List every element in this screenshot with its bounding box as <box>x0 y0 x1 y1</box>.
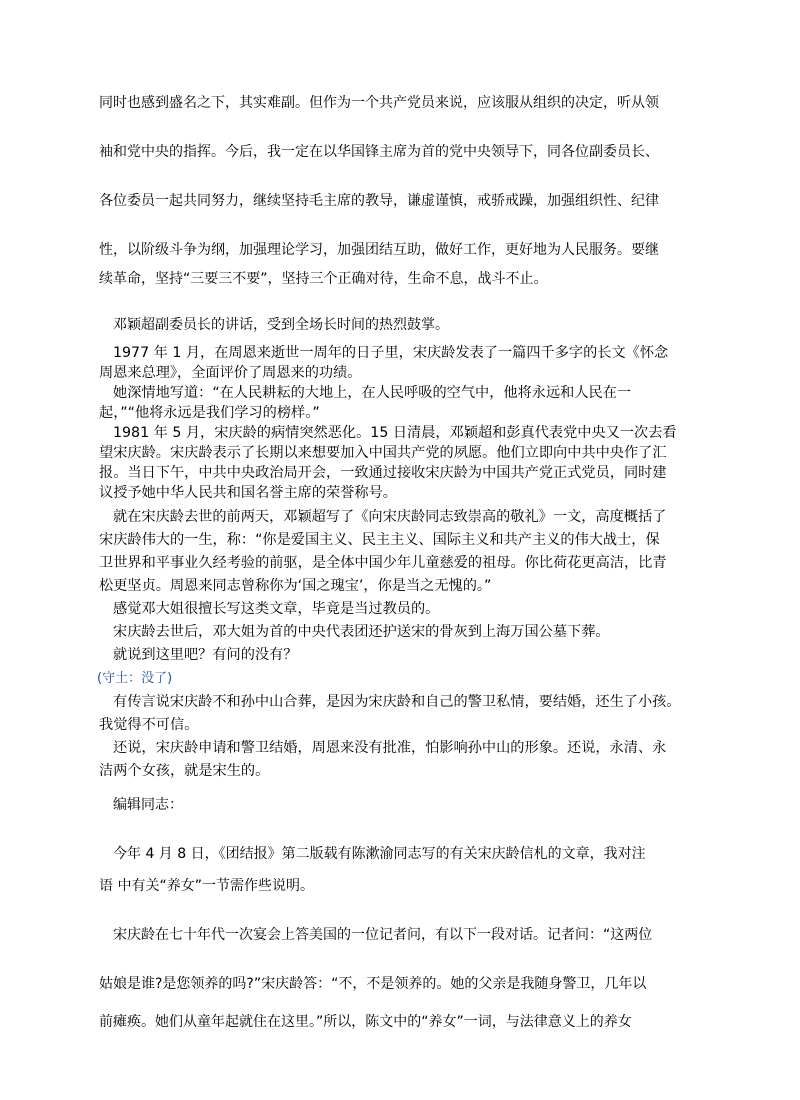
paragraph-line: 洁两个女孩，就是宋生的。 <box>99 762 269 780</box>
letter-line: 语 中有关“养女”一节需作些说明。 <box>99 877 314 895</box>
paragraph-line: 还说，宋庆龄申请和警卫结婚，周恩来没有批准，怕影响孙中山的形象。还说，永清、永 <box>113 739 666 757</box>
letter-line: 宋庆龄在七十年代一次宴会上答美国的一位记者问，有以下一段对话。记者问：“这两位 <box>113 926 652 944</box>
paragraph-line: 就说到这里吧？有问的没有？ <box>113 646 297 664</box>
applause-line: 邓颖超副委员长的讲话，受到全场长时间的热烈鼓掌。 <box>113 316 449 334</box>
speech-line-2: 袖和党中央的指挥。今后，我一定在以华国锋主席为首的党中央领导下，同各位副委员长、 <box>99 143 659 161</box>
paragraph-line: 宋庆龄伟大的一生，称：“你是爱国主义、民主主义、国际主义和共产主义的伟大战士，保 <box>99 531 660 549</box>
annotation-note: (守土：没了) <box>97 670 172 688</box>
letter-line: 前瘫痪。她们从童年起就住在这里。”所以，陈文中的“养女”一词，与法律意义上的养女 <box>99 1013 632 1031</box>
paragraph-line: 我觉得不可信。 <box>99 716 198 734</box>
speech-line-1: 同时也感到盛名之下，其实难副。但作为一个共产党员来说，应该服从组织的决定，听从领 <box>99 94 659 112</box>
paragraph-line: 她深情地写道：“在人民耕耘的大地上，在人民呼吸的空气中，他将永远和人民在一 <box>113 384 631 402</box>
paragraph-line: 有传言说宋庆龄不和孙中山合葬，是因为宋庆龄和自己的警卫私情，要结婚，还生了小孩。 <box>113 693 681 711</box>
paragraph-line: 就在宋庆龄去世的前两天，邓颖超写了《向宋庆龄同志致崇高的敬礼》一文，高度概括了 <box>113 508 666 526</box>
paragraph-line: 1977 年 1 月，在周恩来逝世一周年的日子里，宋庆龄发表了一篇四千多字的长文… <box>113 344 668 362</box>
letter-salutation: 编辑同志： <box>113 796 183 814</box>
speech-line-4: 性，以阶级斗争为纲，加强理论学习，加强团结互助，做好工作，更好地为人民服务。要继 <box>99 241 659 259</box>
speech-line-5: 续革命，坚持“三要三不要”，坚持三个正确对待，生命不息，战斗不止。 <box>99 270 548 288</box>
letter-line: 今年 4 月 8 日，《团结报》第二版载有陈漱渝同志写的有关宋庆龄信札的文章，我… <box>113 845 646 863</box>
paragraph-line: 报。当日下午，中共中央政治局开会，一致通过接收宋庆龄为中国共产党正式党员，同时建 <box>99 464 667 482</box>
paragraph-line: 卫世界和平事业久经考验的前驱，是全体中国少年儿童慈爱的祖母。你比荷花更高洁，比青 <box>99 554 667 572</box>
paragraph-line: 1981 年 5 月，宋庆龄的病情突然恶化。15 日清晨，邓颖超和彭真代表党中央… <box>113 424 677 442</box>
paragraph-line: 起，”“他将永远是我们学习的榜样。” <box>99 404 320 422</box>
paragraph-line: 周恩来总理》，全面评价了周恩来的功绩。 <box>99 364 361 382</box>
paragraph-line: 望宋庆龄。宋庆龄表示了长期以来想要加入中国共产党的夙愿。他们立即向中共中央作了汇 <box>99 444 667 462</box>
speech-line-3: 各位委员一起共同努力，继续坚持毛主席的教导，谦虚谨慎，戒骄戒躁，加强组织性、纪律 <box>99 192 659 210</box>
paragraph-line: 宋庆龄去世后，邓大姐为首的中央代表团还护送宋的骨灰到上海万国公墓下葬。 <box>113 623 610 641</box>
paragraph-line: 感觉邓大姐很擅长写这类文章，毕竟是当过教员的。 <box>113 600 439 618</box>
paragraph-line: 松更坚贞。周恩来同志曾称你为‘国之瑰宝’，你是当之无愧的。” <box>99 577 491 595</box>
paragraph-line: 议授予她中华人民共和国名誉主席的荣誉称号。 <box>99 484 397 502</box>
letter-line: 姑娘是谁?是您领养的吗?”宋庆龄答：“不，不是领养的。她的父亲是我随身警卫，几年… <box>99 975 646 993</box>
